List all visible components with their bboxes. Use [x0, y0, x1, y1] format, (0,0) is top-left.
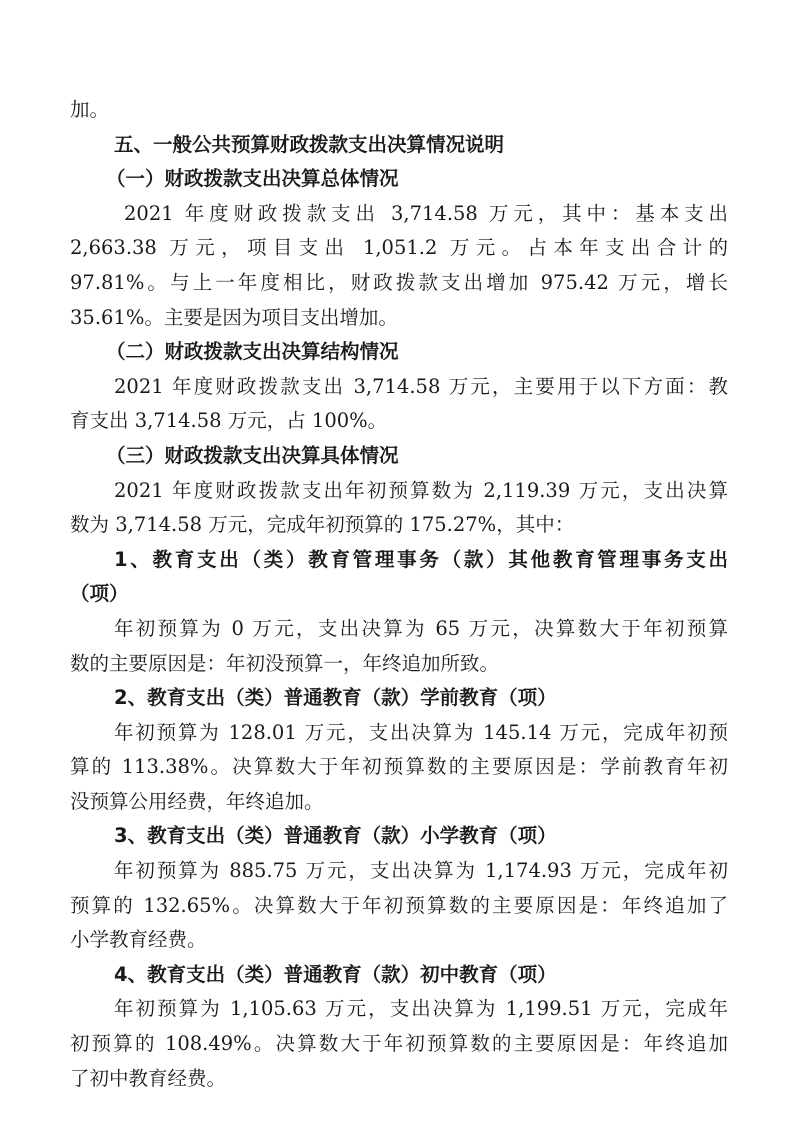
paragraph-line: 2021 年度财政拨款支出 3,714.58 万元，主要用于以下方面：教 [70, 370, 728, 405]
paragraph-line: 97.81%。与上一年度相比，财政拨款支出增加 975.42 万元，增长 [70, 266, 728, 301]
paragraph-line: 年初预算为 885.75 万元，支出决算为 1,174.93 万元，完成年初 [70, 854, 728, 889]
item-heading-2: 2、教育支出（类）普通教育（款）学前教育（项） [70, 681, 728, 716]
paragraph-line: 小学教育经费。 [70, 923, 728, 958]
item-heading-3: 3、教育支出（类）普通教育（款）小学教育（项） [70, 819, 728, 854]
paragraph-line: 了初中教育经费。 [70, 1062, 728, 1097]
paragraph-line: 算的 113.38%。决算数大于年初预算数的主要原因是：学前教育年初 [70, 750, 728, 785]
item-heading-1: 1、教育支出（类）教育管理事务（款）其他教育管理事务支出 [70, 543, 728, 578]
paragraph-line: 年初预算为 0 万元，支出决算为 65 万元，决算数大于年初预算 [70, 612, 728, 647]
paragraph-line: 2,663.38 万元，项目支出 1,051.2 万元。占本年支出合计的 [70, 231, 728, 266]
paragraph-line: 年初预算为 1,105.63 万元，支出决算为 1,199.51 万元，完成年 [70, 992, 728, 1027]
subheading-details: （三）财政拨款支出决算具体情况 [70, 439, 728, 474]
subheading-overall: （一）财政拨款支出决算总体情况 [70, 162, 728, 197]
paragraph-line: 数的主要原因是：年初没预算一，年终追加所致。 [70, 647, 728, 682]
subheading-structure: （二）财政拨款支出决算结构情况 [70, 335, 728, 370]
section-heading-5: 五、一般公共预算财政拨款支出决算情况说明 [70, 128, 728, 163]
paragraph-line: 35.61%。主要是因为项目支出增加。 [70, 301, 728, 336]
paragraph-line: 没预算公用经费，年终追加。 [70, 785, 728, 820]
paragraph-line: 2021 年度财政拨款支出 3,714.58 万元，其中：基本支出 [70, 197, 728, 232]
paragraph-line: 数为 3,714.58 万元，完成年初预算的 175.27%，其中： [70, 508, 728, 543]
paragraph-line: 育支出 3,714.58 万元，占 100%。 [70, 404, 728, 439]
paragraph-line: 年初预算为 128.01 万元，支出决算为 145.14 万元，完成年初预 [70, 716, 728, 751]
item-heading-4: 4、教育支出（类）普通教育（款）初中教育（项） [70, 958, 728, 993]
paragraph-line: 初预算的 108.49%。决算数大于年初预算数的主要原因是：年终追加 [70, 1027, 728, 1062]
paragraph-line: 预算的 132.65%。决算数大于年初预算数的主要原因是：年终追加了 [70, 889, 728, 924]
item-heading-1-cont: （项） [70, 577, 728, 612]
paragraph-tail: 加。 [70, 93, 728, 128]
paragraph-line: 2021 年度财政拨款支出年初预算数为 2,119.39 万元，支出决算 [70, 474, 728, 509]
document-page: 加。 五、一般公共预算财政拨款支出决算情况说明 （一）财政拨款支出决算总体情况 … [70, 93, 728, 1096]
